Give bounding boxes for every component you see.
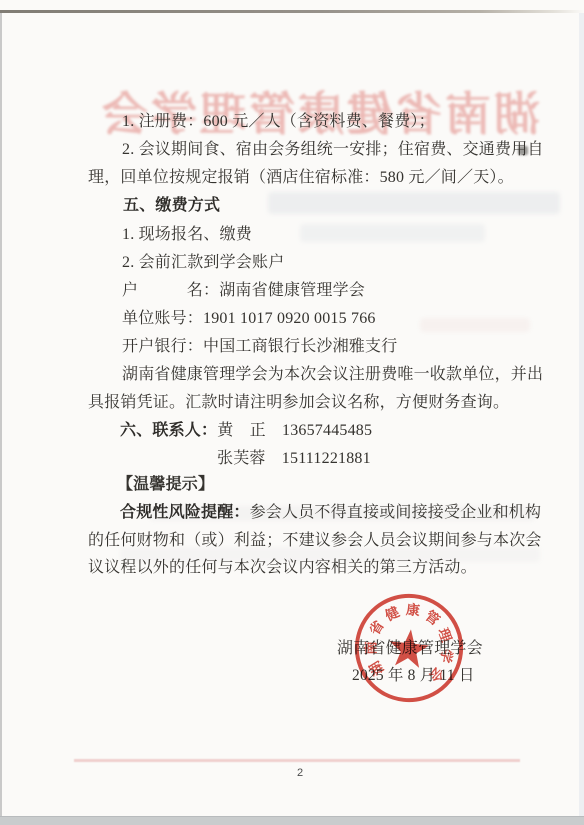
seal-star-icon [387,627,430,668]
seal-char: 管 [422,607,443,628]
fee-item-2-line1: 2. 会议期间食、宿由会务组统一安排；住宿费、交通费用自 [122,140,544,160]
payee-note-line1: 湖南省健康管理学会为本次会议注册费唯一收款单位，并出 [122,365,543,385]
section-5-heading: 五、缴费方式 [123,196,220,216]
document-page: 湖南省健康管理学会 1. 注册费：600 元／人（含资料费、餐费）； 2. 会议… [0,0,584,816]
section-6-heading: 六、联系人： [120,422,217,439]
bleedthrough-smudge [300,224,485,242]
compliance-risk-label: 合规性风险提醒： [120,504,250,521]
seal-char: 学 [437,648,456,665]
tips-line2: 的任何财物和（或）利益；不建议参会人员会议期间参与本次会 [88,531,542,551]
bleedthrough-smudge [420,318,530,332]
tips-line1: 合规性风险提醒：参会人员不得直接或间接接受企业和机构 [120,503,541,523]
contact-1: 黄 正 13657445485 [217,422,372,439]
seal-char: 省 [366,617,387,637]
bleedthrough-red-line [74,759,520,762]
payee-note-line2: 具报销凭证。汇款时请注明参加会议名称，方便财务查询。 [88,393,509,413]
fee-item-1: 1. 注册费：600 元／人（含资料费、餐费）； [122,112,435,132]
fee-item-2-line2: 理，回单位按规定报销（酒店住宿标准：580 元／间／天）。 [88,168,514,188]
account-number: 单位账号：1901 1017 0920 0015 766 [122,309,376,329]
seal-char: 康 [405,601,421,618]
page-number: 2 [292,767,308,779]
seal-char: 理 [435,626,454,644]
tips-heading: 【温馨提示】 [117,475,214,495]
account-name: 户 名：湖南省健康管理学会 [122,281,365,301]
payment-item-2: 2. 会前汇款到学会账户 [122,253,284,273]
seal-char: 湖 [366,658,387,678]
scan-edge-top [0,10,584,13]
seal-char: 健 [382,603,402,624]
tips-line3: 议议程以外的任何与本次会议内容相关的第三方活动。 [88,558,477,578]
seal-char: 会 [426,664,447,685]
scan-edge-right [579,13,584,816]
scan-edge-left [0,13,2,816]
bank-name: 开户银行：中国工商银行长沙湘雅支行 [122,337,397,357]
scan-edge-bottom [0,816,584,825]
tips-line1-rest: 参会人员不得直接或间接接受企业和机构 [250,504,542,521]
payment-item-1: 1. 现场报名、缴费 [122,225,252,245]
bleedthrough-smudge [268,192,560,214]
official-seal-stamp: 湖 南 省 健 康 管 理 学 会 [344,583,474,713]
contact-2: 张芙蓉 15111221881 [217,449,371,469]
seal-char: 南 [363,641,379,655]
contacts-line: 六、联系人：黄 正 13657445485 [120,421,372,441]
